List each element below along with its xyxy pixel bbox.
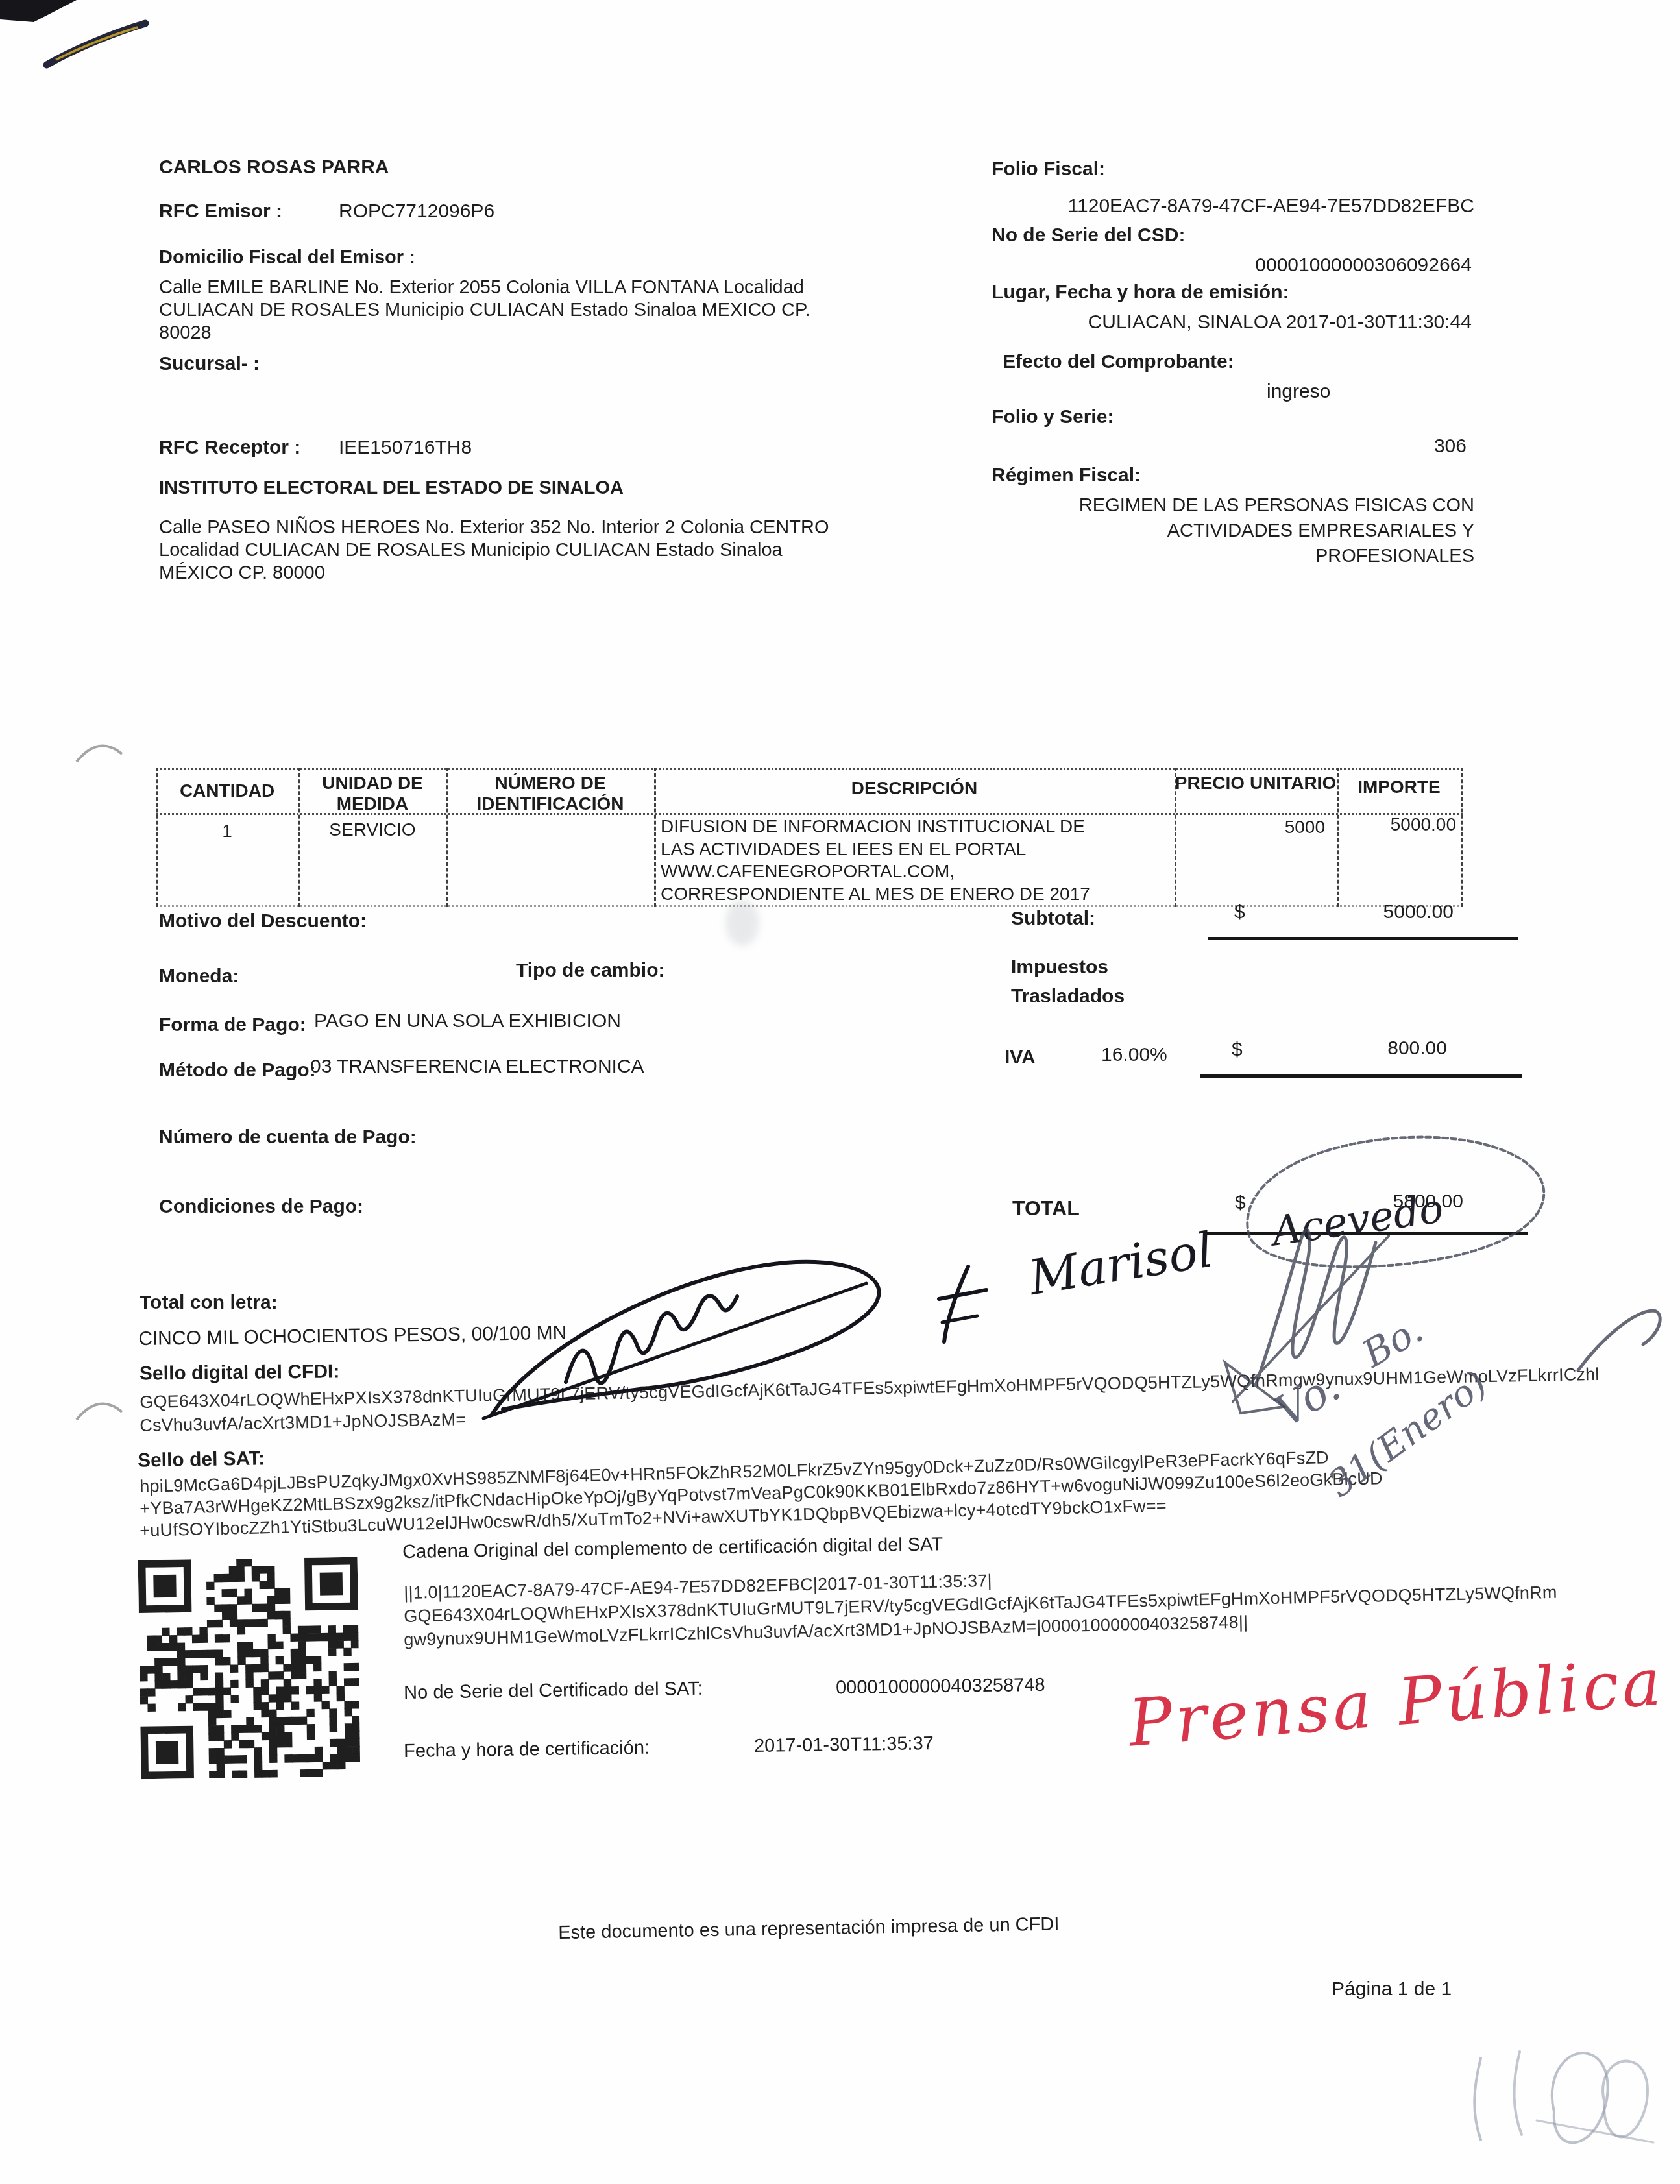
cell-descripcion: DIFUSION DE INFORMACION INSTITUCIONAL DE… [661, 816, 1173, 905]
col-header-descripcion: DESCRIPCIÓN [654, 777, 1175, 799]
cell-cantidad: 1 [156, 819, 298, 842]
scan-smudge [725, 899, 759, 946]
cert-sat-value: 00001000000403258748 [836, 1674, 1045, 1700]
fecha-cert-label: Fecha y hora de certificación: [404, 1737, 650, 1763]
sello-cfdi-line: CsVhu3uvfA/acXrt3MD1+JpNOJSBAzM= [140, 1409, 467, 1436]
pencil-scribble [1474, 2052, 1653, 2142]
condiciones-pago-label: Condiciones de Pago: [159, 1195, 363, 1219]
emisor-rfc-label: RFC Emisor : [159, 200, 282, 223]
table-bottom-border [156, 905, 1463, 907]
csd-label: No de Serie del CSD: [992, 224, 1185, 247]
qr-code [138, 1557, 361, 1780]
receptor-name: INSTITUTO ELECTORAL DEL ESTADO DE SINALO… [159, 477, 624, 500]
table-top-border [156, 768, 1463, 770]
regimen-label: Régimen Fiscal: [992, 464, 1141, 487]
sello-sat-label: Sello del SAT: [138, 1447, 265, 1472]
subtotal-currency: $ [1234, 901, 1245, 924]
iva-label: IVA [1004, 1046, 1036, 1069]
handwritten-name-marisol: Marisol [1025, 1222, 1217, 1306]
arc-mark [77, 746, 122, 762]
folio-fiscal-value: 1120EAC7-8A79-47CF-AE94-7E57DD82EFBC [1038, 195, 1474, 218]
emisor-domicilio-label: Domicilio Fiscal del Emisor : [159, 247, 415, 269]
subtotal-label: Subtotal: [1011, 907, 1095, 930]
col-header-importe: IMPORTE [1337, 775, 1461, 798]
csd-value: 00001000000306092664 [1038, 254, 1472, 277]
pen-mark [47, 23, 145, 65]
impuestos-label: Impuestos Trasladados [1011, 952, 1125, 1011]
folio-fiscal-label: Folio Fiscal: [992, 158, 1105, 181]
sello-cfdi-label: Sello digital del CFDI: [140, 1360, 340, 1385]
page-number: Página 1 de 1 [1332, 1978, 1452, 2001]
cell-importe: 5000.00 [1337, 813, 1456, 836]
iva-value: 800.00 [1291, 1037, 1447, 1060]
handwritten-vobo-bo: Bo. [1355, 1307, 1430, 1376]
metodo-pago-label: Método de Pago: [159, 1059, 316, 1082]
lugar-value: CULIACAN, SINALOA 2017-01-30T11:30:44 [1038, 311, 1472, 334]
metodo-pago-value: 03 TRANSFERENCIA ELECTRONICA [310, 1055, 644, 1078]
iva-currency: $ [1232, 1038, 1243, 1062]
lugar-label: Lugar, Fecha y hora de emisión: [992, 281, 1289, 304]
folio-serie-value: 306 [1038, 435, 1467, 458]
items-table: CANTIDAD UNIDAD DE MEDIDA NÚMERO DE IDEN… [156, 768, 1463, 909]
efecto-label: Efecto del Comprobante: [1003, 350, 1234, 374]
pen-mark-highlight [56, 27, 138, 60]
handwritten-prensa-publica: Prensa Pública [1126, 1644, 1666, 1762]
tipo-cambio-label: Tipo de cambio: [516, 959, 664, 982]
col-header-unidad: UNIDAD DE MEDIDA [298, 773, 446, 814]
col-header-precio: PRECIO UNITARIO [1175, 773, 1337, 794]
iva-rate: 16.00% [1101, 1043, 1167, 1067]
cell-precio-unitario: 5000 [1175, 816, 1325, 838]
regimen-value: REGIMEN DE LAS PERSONAS FISICAS CON ACTI… [973, 493, 1474, 569]
table-col-border [1461, 768, 1463, 907]
emisor-domicilio: Calle EMILE BARLINE No. Exterior 2055 Co… [159, 276, 899, 345]
sucursal-label: Sucursal- : [159, 352, 260, 376]
forma-pago-value: PAGO EN UNA SOLA EXHIBICION [314, 1010, 621, 1033]
receptor-domicilio: Calle PASEO NIÑOS HEROES No. Exterior 35… [159, 516, 938, 585]
total-letra-label: Total con letra: [140, 1291, 278, 1315]
cuenta-pago-label: Número de cuenta de Pago: [159, 1126, 417, 1149]
emisor-name: CARLOS ROSAS PARRA [159, 156, 389, 179]
subtotal-value: 5000.00 [1291, 901, 1454, 924]
footer-note: Este documento es una representación imp… [558, 1913, 1060, 1945]
col-header-numero: NÚMERO DE IDENTIFICACIÓN [446, 773, 654, 814]
motivo-descuento-label: Motivo del Descuento: [159, 910, 367, 933]
receptor-rfc-value: IEE150716TH8 [339, 436, 472, 459]
cell-unidad: SERVICIO [298, 818, 446, 841]
arc-mark [77, 1404, 122, 1420]
emisor-rfc-value: ROPC7712096P6 [339, 200, 494, 223]
folio-serie-label: Folio y Serie: [992, 406, 1114, 429]
efecto-value: ingreso [1267, 380, 1330, 404]
receptor-rfc-label: RFC Receptor : [159, 436, 300, 459]
cadena-label: Cadena Original del complemento de certi… [402, 1533, 943, 1564]
col-header-cantidad: CANTIDAD [156, 779, 298, 802]
moneda-label: Moneda: [159, 965, 239, 988]
iva-underline [1200, 1074, 1522, 1078]
total-label: TOTAL [1012, 1196, 1080, 1220]
fecha-cert-value: 2017-01-30T11:35:37 [754, 1732, 934, 1758]
subtotal-underline [1208, 937, 1518, 940]
cert-sat-label: No de Serie del Certificado del SAT: [404, 1678, 703, 1705]
forma-pago-label: Forma de Pago: [159, 1013, 306, 1037]
total-letra-value: CINCO MIL OCHOCIENTOS PESOS, 00/100 MN [138, 1322, 567, 1351]
scan-corner-artifact [0, 0, 77, 22]
total-currency: $ [1235, 1191, 1246, 1215]
scanned-cfdi-invoice: CARLOS ROSAS PARRA RFC Emisor : ROPC7712… [0, 0, 1680, 2184]
